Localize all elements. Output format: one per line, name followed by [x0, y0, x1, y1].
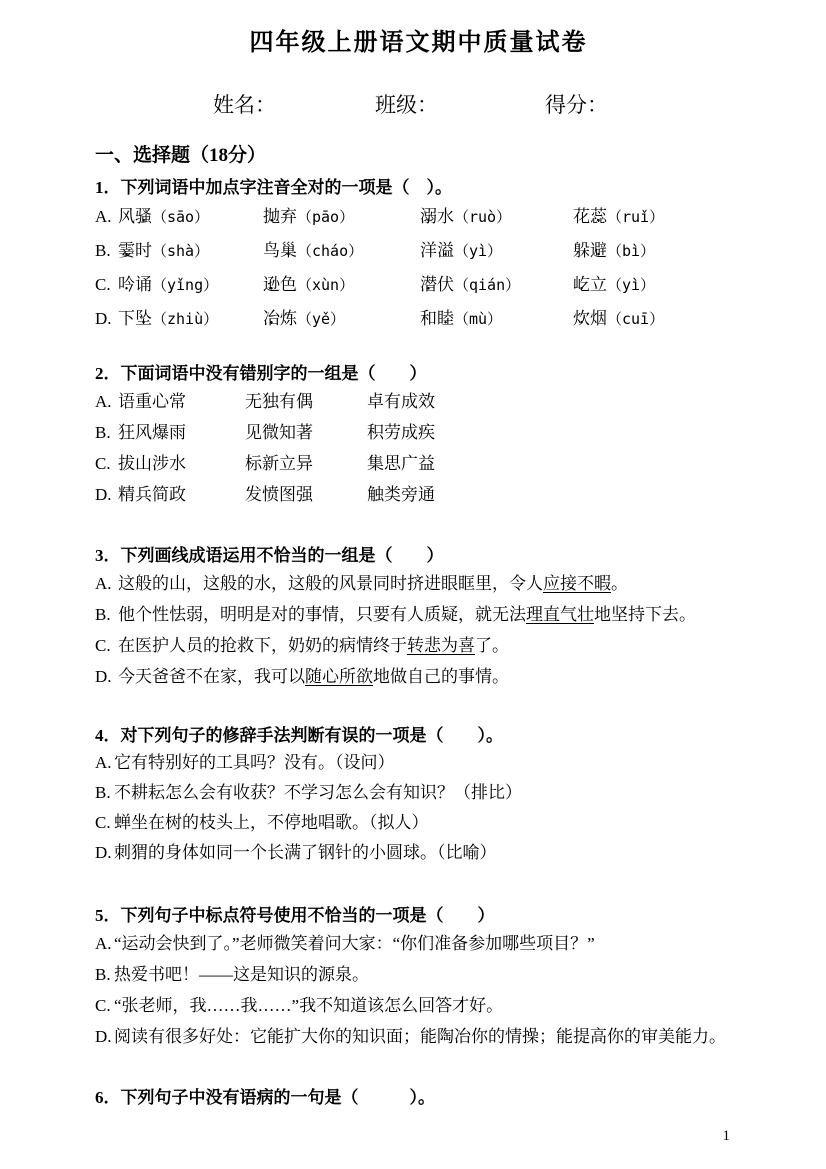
- option-label: D.: [95, 479, 118, 510]
- option-row: B. 热爱书吧！——这是知识的源泉。: [95, 959, 742, 990]
- dotted-char: 溺: [420, 207, 437, 226]
- option-label: C.: [95, 268, 118, 302]
- question-stem: 2．下面词语中没有错别字的一组是（ ）: [95, 362, 742, 386]
- sentence-segment: 地坚持下去。: [594, 605, 696, 624]
- option-label: B.: [95, 599, 118, 630]
- word: 立: [590, 275, 607, 294]
- dotted-char: 睦: [437, 309, 454, 328]
- sentence-text: 他个性怯弱，明明是对的事情，只要有人质疑，就无法理直气壮地坚持下去。: [118, 599, 742, 630]
- word-with-pinyin: 下坠（zhiù）: [118, 302, 263, 336]
- option-row: A. 它有特别好的工具吗？没有。（设问）: [95, 748, 742, 778]
- sentence-text: 这般的山，这般的水，这般的风景同时挤进眼眶里，令人应接不暇。: [118, 568, 742, 599]
- word-with-pinyin: 风骚（sāo）: [118, 200, 263, 234]
- class-label: 班级：: [375, 90, 438, 120]
- dotted-char: 潜: [420, 275, 437, 294]
- section-heading: 一、选择题（18分）: [95, 144, 742, 168]
- page-title: 四年级上册语文期中质量试卷: [95, 26, 742, 60]
- option-row: A. 语重心常 无独有偶 卓有成效: [95, 386, 742, 417]
- dotted-char: 蕊: [590, 207, 607, 226]
- option-row: D. 精兵简政 发愤图强 触类旁通: [95, 479, 742, 510]
- pinyin: （yě）: [297, 310, 345, 328]
- question-stem: 3．下列画线成语运用不恰当的一组是（ ）: [95, 544, 742, 568]
- word: 炼: [280, 309, 297, 328]
- word: 诵: [135, 275, 152, 294]
- sentence-segment: 地做自己的事情。: [373, 667, 509, 686]
- question-stem: 6．下列句子中没有语病的一句是（ ）。: [95, 1086, 742, 1110]
- word-with-pinyin: 炊烟（cuī）: [573, 302, 664, 336]
- sentence-text: 在医护人员的抢救下，奶奶的病情终于转悲为喜了。: [118, 630, 742, 661]
- dotted-char: 逊: [263, 275, 280, 294]
- sentence-segment: 他个性怯弱，明明是对的事情，只要有人质疑，就无法: [118, 605, 526, 624]
- word: 下: [118, 309, 135, 328]
- sentence-text: 不耕耘怎么会有收获？不学习怎么会有知识？（排比）: [114, 778, 742, 808]
- dotted-char: 巢: [280, 241, 297, 260]
- option-row: C. “张老师，我……我……”我不知道该怎么回答才好。: [95, 990, 742, 1021]
- pinyin: （mù）: [454, 310, 502, 328]
- word: 风: [118, 207, 135, 226]
- pinyin: （cháo）: [297, 242, 363, 260]
- sentence-text: “运动会快到了。”老师微笑着问大家：“你们准备参加哪些项目？”: [114, 928, 742, 959]
- word-with-pinyin: 抛弃（pāo）: [263, 200, 420, 234]
- word-with-pinyin: 潜伏（qián）: [420, 268, 573, 302]
- option-label: B.: [95, 417, 118, 448]
- word-with-pinyin: 溺水（ruò）: [420, 200, 573, 234]
- word: 无独有偶: [245, 386, 367, 417]
- option-label: A.: [95, 748, 114, 778]
- dotted-char: 冶: [263, 309, 280, 328]
- option-row: C. 拔山涉水 标新立异 集思广益: [95, 448, 742, 479]
- underlined-idiom: 随心所欲: [305, 667, 373, 686]
- word: 和: [420, 309, 437, 328]
- word: 水: [437, 207, 454, 226]
- word: 时: [135, 241, 152, 260]
- option-row: A. 这般的山，这般的水，这般的风景同时挤进眼眶里，令人应接不暇。: [95, 568, 742, 599]
- dotted-char: 骚: [135, 207, 152, 226]
- sentence-text: 刺猬的身体如同一个长满了钢针的小圆球。（比喻）: [114, 838, 742, 868]
- option-row: A. “运动会快到了。”老师微笑着问大家：“你们准备参加哪些项目？”: [95, 928, 742, 959]
- option-label: D.: [95, 661, 118, 692]
- question-4: 4．对下列句子的修辞手法判断有误的一项是（ ）。 A. 它有特别好的工具吗？没有…: [95, 724, 742, 868]
- option-row: B. 狂风爆雨 见微知著 积劳成疾: [95, 417, 742, 448]
- name-label: 姓名：: [213, 90, 276, 120]
- dotted-char: 溢: [437, 241, 454, 260]
- word: 弃: [280, 207, 297, 226]
- pinyin: （sāo）: [152, 208, 209, 226]
- score-label: 得分：: [545, 90, 608, 120]
- sentence-segment: 在医护人员的抢救下，奶奶的病情终于: [118, 636, 407, 655]
- word-with-pinyin: 躲避（bì）: [573, 234, 655, 268]
- word: 精兵简政: [118, 479, 245, 510]
- option-label: C.: [95, 990, 114, 1021]
- option-row: D. 下坠（zhiù） 冶炼（yě） 和睦（mù） 炊烟（cuī）: [95, 302, 742, 336]
- option-row: D. 刺猬的身体如同一个长满了钢针的小圆球。（比喻）: [95, 838, 742, 868]
- question-3: 3．下列画线成语运用不恰当的一组是（ ） A. 这般的山，这般的水，这般的风景同…: [95, 544, 742, 692]
- option-label: A.: [95, 200, 118, 234]
- pinyin: （yǐng）: [152, 276, 218, 294]
- option-row: B. 不耕耘怎么会有收获？不学习怎么会有知识？（排比）: [95, 778, 742, 808]
- word: 触类旁通: [367, 479, 435, 510]
- word: 烟: [590, 309, 607, 328]
- option-label: D.: [95, 838, 114, 868]
- word-with-pinyin: 花蕊（ruǐ）: [573, 200, 664, 234]
- word-with-pinyin: 鸟巢（cháo）: [263, 234, 420, 268]
- sentence-segment: 了。: [475, 636, 509, 655]
- pinyin: （zhiù）: [152, 310, 218, 328]
- option-row: A. 风骚（sāo） 抛弃（pāo） 溺水（ruò） 花蕊（ruǐ）: [95, 200, 742, 234]
- option-row: D. 今天爸爸不在家，我可以随心所欲地做自己的事情。: [95, 661, 742, 692]
- dotted-char: 抛: [263, 207, 280, 226]
- pinyin: （qián）: [454, 276, 520, 294]
- sentence-segment: 这般的山，这般的水，这般的风景同时挤进眼眶里，令人: [118, 574, 543, 593]
- word: 伏: [437, 275, 454, 294]
- pinyin: （bì）: [607, 242, 655, 260]
- word: 洋: [420, 241, 437, 260]
- option-row: C. 吟诵（yǐng） 逊色（xùn） 潜伏（qián） 屹立（yì）: [95, 268, 742, 302]
- word: 狂风爆雨: [118, 417, 245, 448]
- option-label: B.: [95, 778, 114, 808]
- option-row: C. 蝉坐在树的枝头上，不停地唱歌。（拟人）: [95, 808, 742, 838]
- pinyin: （yì）: [454, 242, 502, 260]
- option-row: D. 阅读有很多好处：它能扩大你的知识面；能陶冶你的情操；能提高你的审美能力。: [95, 1021, 742, 1052]
- question-stem: 4．对下列句子的修辞手法判断有误的一项是（ ）。: [95, 724, 742, 748]
- word: 发愤图强: [245, 479, 367, 510]
- word-with-pinyin: 屹立（yì）: [573, 268, 655, 302]
- option-label: A.: [95, 568, 118, 599]
- word-with-pinyin: 霎时（shà）: [118, 234, 263, 268]
- sentence-text: 今天爸爸不在家，我可以随心所欲地做自己的事情。: [118, 661, 742, 692]
- sentence-text: “张老师，我……我……”我不知道该怎么回答才好。: [114, 990, 742, 1021]
- underlined-idiom: 转悲为喜: [407, 636, 475, 655]
- word: 见微知著: [245, 417, 367, 448]
- dotted-char: 炊: [573, 309, 590, 328]
- option-label: C.: [95, 630, 118, 661]
- sentence-text: 热爱书吧！——这是知识的源泉。: [114, 959, 742, 990]
- word: 集思广益: [367, 448, 435, 479]
- option-label: D.: [95, 1021, 114, 1052]
- pinyin: （yì）: [607, 276, 655, 294]
- dotted-char: 坠: [135, 309, 152, 328]
- pinyin: （pāo）: [297, 208, 354, 226]
- option-label: D.: [95, 302, 118, 336]
- dotted-char: 吟: [118, 275, 135, 294]
- word-with-pinyin: 吟诵（yǐng）: [118, 268, 263, 302]
- word-with-pinyin: 冶炼（yě）: [263, 302, 420, 336]
- word: 语重心常: [118, 386, 245, 417]
- pinyin: （ruò）: [454, 208, 511, 226]
- option-label: C.: [95, 448, 118, 479]
- word: 躲: [573, 241, 590, 260]
- dotted-char: 霎: [118, 241, 135, 260]
- question-stem: 5．下列句子中标点符号使用不恰当的一项是（ ）: [95, 904, 742, 928]
- dotted-char: 屹: [573, 275, 590, 294]
- word: 积劳成疾: [367, 417, 435, 448]
- exam-document: 四年级上册语文期中质量试卷 姓名： 班级： 得分： 一、选择题（18分） 1．下…: [0, 0, 826, 1110]
- header-fields: 姓名： 班级： 得分：: [213, 90, 742, 120]
- pinyin: （shà）: [152, 242, 209, 260]
- sentence-text: 它有特别好的工具吗？没有。（设问）: [114, 748, 742, 778]
- sentence-segment: 。: [611, 574, 628, 593]
- option-row: B. 他个性怯弱，明明是对的事情，只要有人质疑，就无法理直气壮地坚持下去。: [95, 599, 742, 630]
- option-row: B. 霎时（shà） 鸟巢（cháo） 洋溢（yì） 躲避（bì）: [95, 234, 742, 268]
- word: 色: [280, 275, 297, 294]
- underlined-idiom: 应接不暇: [543, 574, 611, 593]
- dotted-char: 避: [590, 241, 607, 260]
- option-label: A.: [95, 386, 118, 417]
- option-row: C. 在医护人员的抢救下，奶奶的病情终于转悲为喜了。: [95, 630, 742, 661]
- page-number: 1: [723, 1128, 731, 1145]
- option-label: A.: [95, 928, 114, 959]
- question-stem: 1．下列词语中加点字注音全对的一项是（ ）。: [95, 176, 742, 200]
- word-with-pinyin: 逊色（xùn）: [263, 268, 420, 302]
- underlined-idiom: 理直气壮: [526, 605, 594, 624]
- option-label: C.: [95, 808, 114, 838]
- word-with-pinyin: 洋溢（yì）: [420, 234, 573, 268]
- word: 卓有成效: [367, 386, 435, 417]
- question-1: 1．下列词语中加点字注音全对的一项是（ ）。 A. 风骚（sāo） 抛弃（pāo…: [95, 176, 742, 336]
- word: 拔山涉水: [118, 448, 245, 479]
- pinyin: （xùn）: [297, 276, 354, 294]
- word: 花: [573, 207, 590, 226]
- sentence-text: 蝉坐在树的枝头上，不停地唱歌。（拟人）: [114, 808, 742, 838]
- pinyin: （cuī）: [607, 310, 664, 328]
- word-with-pinyin: 和睦（mù）: [420, 302, 573, 336]
- sentence-text: 阅读有很多好处：它能扩大你的知识面；能陶冶你的情操；能提高你的审美能力。: [114, 1021, 742, 1052]
- word: 标新立异: [245, 448, 367, 479]
- word: 鸟: [263, 241, 280, 260]
- question-2: 2．下面词语中没有错别字的一组是（ ） A. 语重心常 无独有偶 卓有成效 B.…: [95, 362, 742, 510]
- option-label: B.: [95, 959, 114, 990]
- option-label: B.: [95, 234, 118, 268]
- question-6: 6．下列句子中没有语病的一句是（ ）。: [95, 1086, 742, 1110]
- question-5: 5．下列句子中标点符号使用不恰当的一项是（ ） A. “运动会快到了。”老师微笑…: [95, 904, 742, 1052]
- sentence-segment: 今天爸爸不在家，我可以: [118, 667, 305, 686]
- pinyin: （ruǐ）: [607, 208, 664, 226]
